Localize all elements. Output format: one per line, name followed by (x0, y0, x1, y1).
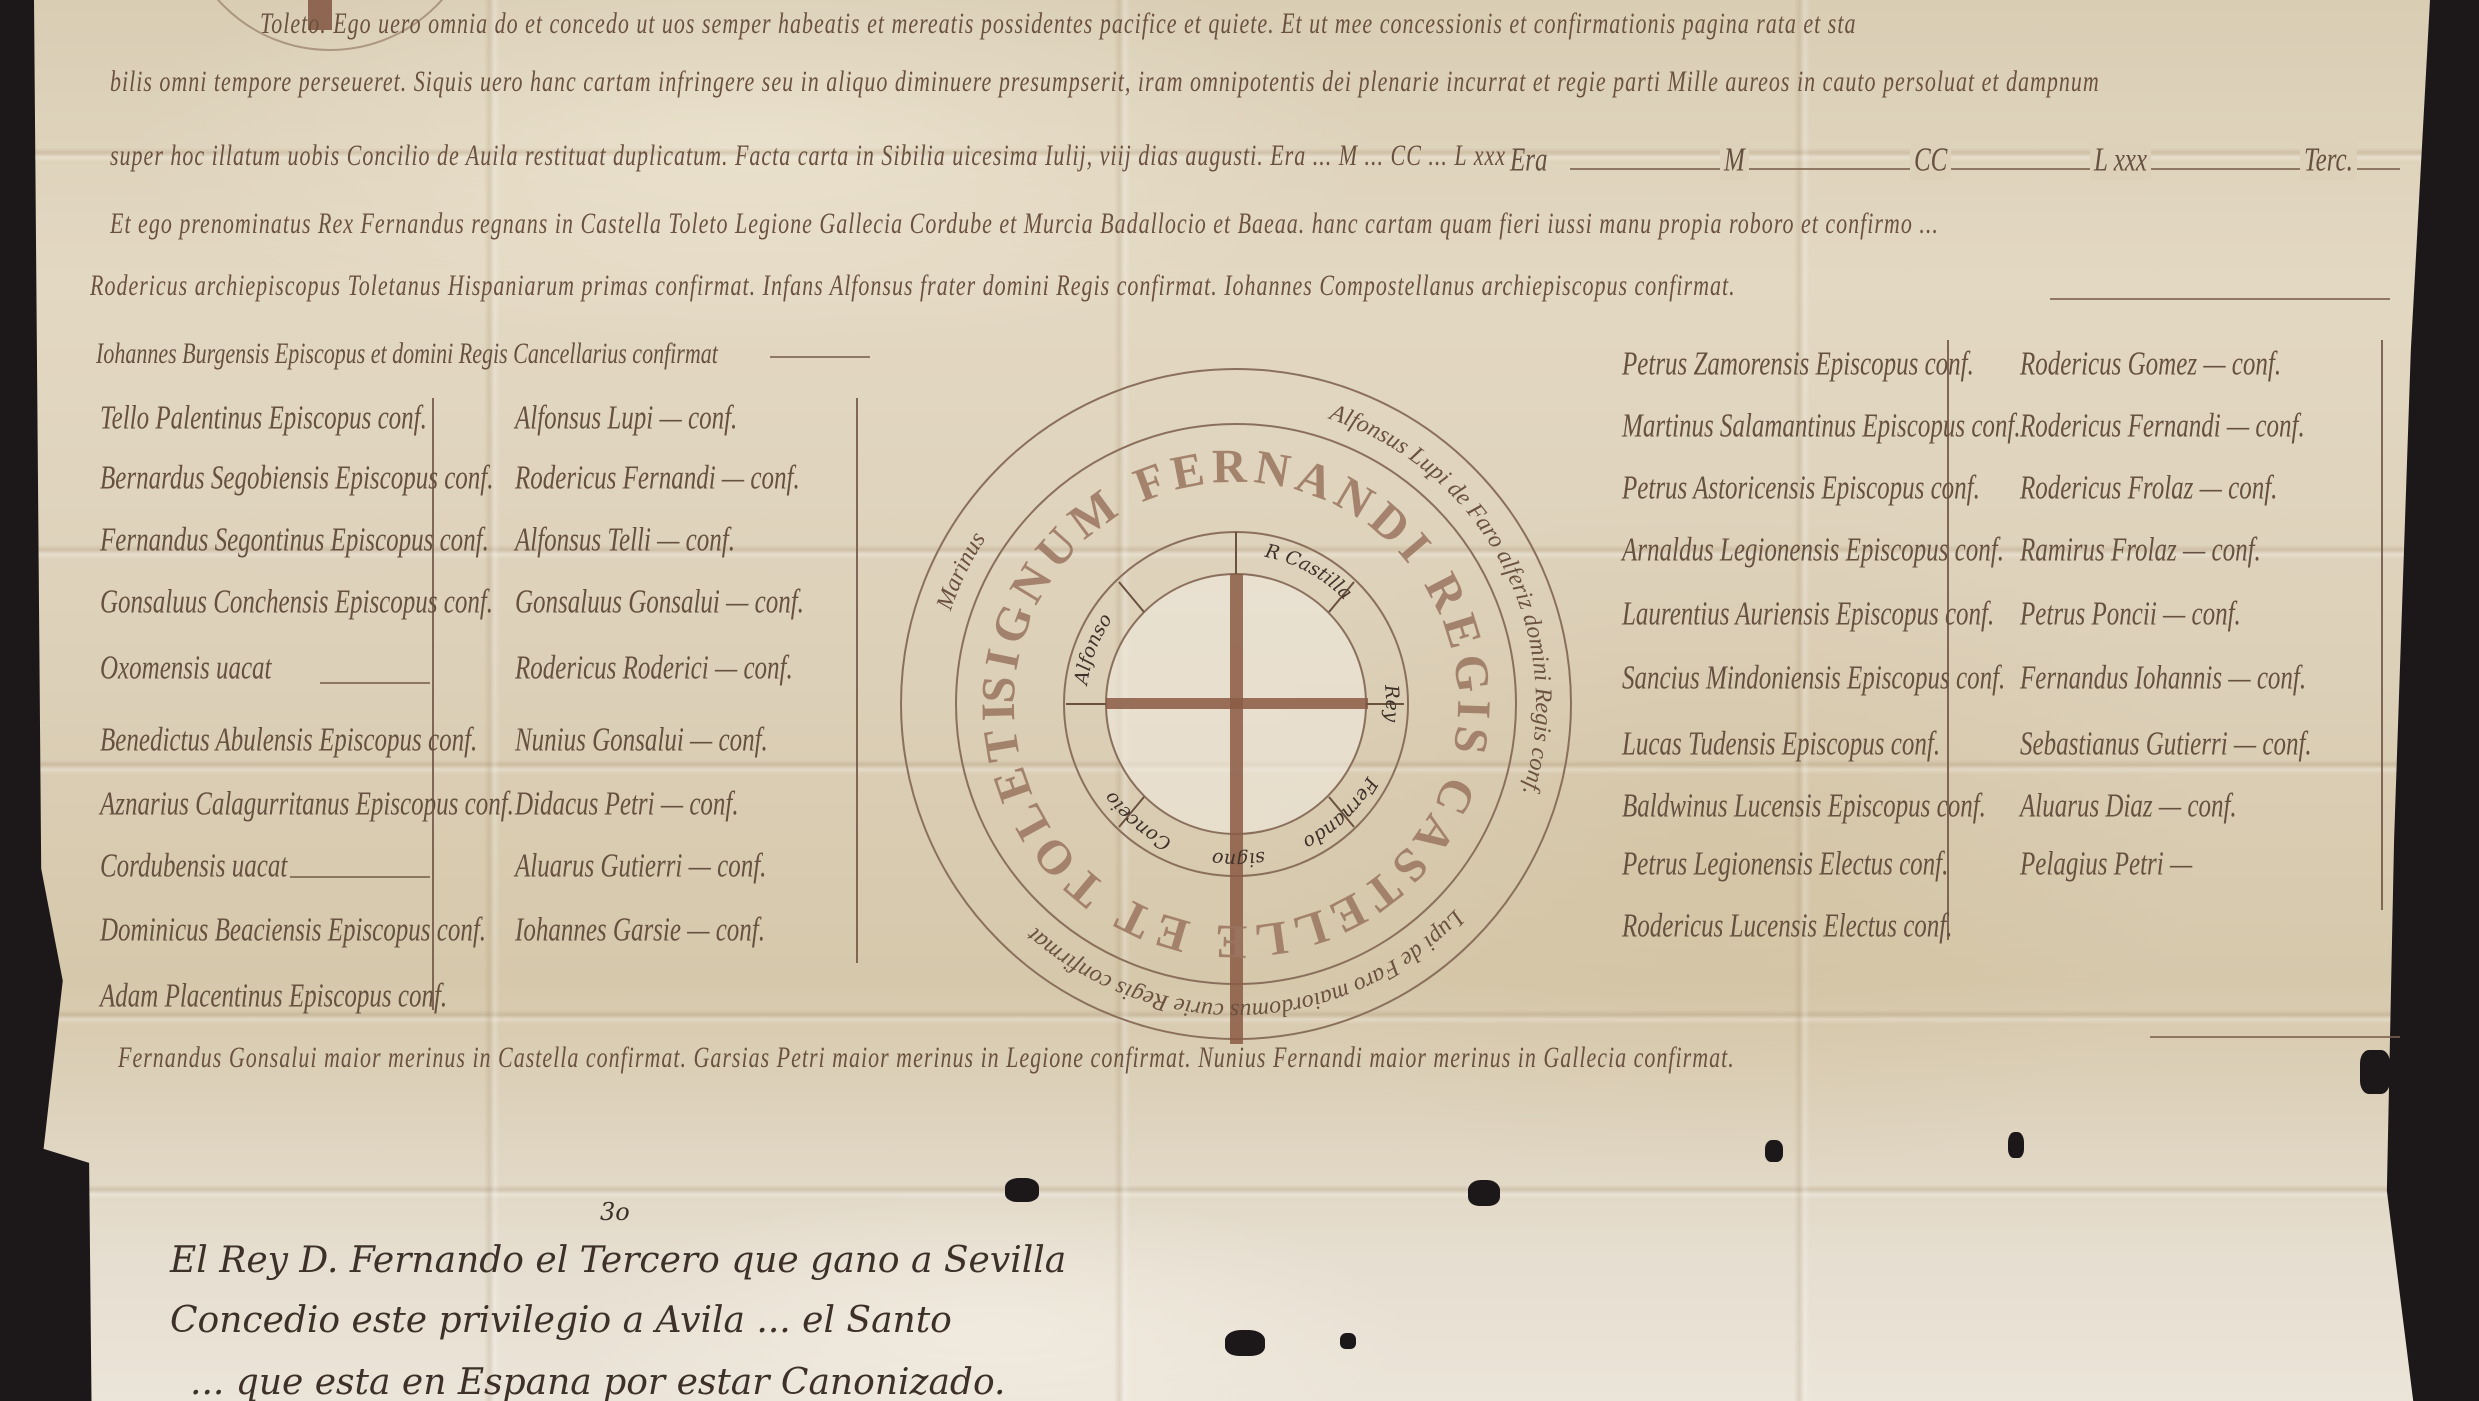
rule (320, 682, 430, 684)
rule (770, 356, 870, 358)
confirmant: Aluarus Diaz — conf. (2020, 788, 2237, 826)
damage-hole (1005, 1178, 1039, 1202)
damage-hole (1340, 1333, 1356, 1349)
damage-hole (1468, 1180, 1500, 1206)
confirmants-header: Iohannes Burgensis Episcopus et domini R… (96, 336, 718, 371)
merinos-line: Fernandus Gonsalui maior merinus in Cast… (118, 1040, 2418, 1075)
damage-hole (1225, 1330, 1265, 1356)
confirmant: Laurentius Auriensis Episcopus conf. (1622, 596, 1994, 634)
confirmant: Pelagius Petri — (2020, 846, 2192, 884)
text-line-2: bilis omni tempore perseueret. Siquis ue… (110, 64, 2100, 99)
confirmant: Sebastianus Gutierri — conf. (2020, 726, 2312, 764)
confirmant: Lucas Tudensis Episcopus conf. (1622, 726, 1940, 764)
annotation-line: El Rey D. Fernando el Tercero que gano a… (170, 1240, 1066, 1281)
era-part: M (1720, 142, 1749, 180)
confirmant: Aluarus Gutierri — conf. (515, 848, 766, 886)
confirmant: Alfonsus Telli — conf. (515, 522, 735, 560)
text-line-3: super hoc illatum uobis Concilio de Auil… (110, 138, 1510, 173)
confirmant: Benedictus Abulensis Episcopus conf. (100, 722, 477, 760)
text-line-5: Rodericus archiepiscopus Toletanus Hispa… (90, 268, 2370, 303)
era-label: Era (1510, 142, 1548, 180)
svg-text:signo: signo (1211, 846, 1267, 871)
era-part: L xxx (2090, 142, 2151, 180)
rule (2150, 1036, 2400, 1038)
era-line: Era M CC L xxx Terc. (1510, 148, 2400, 188)
rule (2050, 298, 2390, 300)
era-part: CC (1910, 142, 1951, 180)
confirmant: Didacus Petri — conf. (515, 786, 739, 824)
confirmant: Iohannes Garsie — conf. (515, 912, 765, 950)
confirmant: Sancius Mindoniensis Episcopus conf. (1622, 660, 2005, 698)
confirmant: Dominicus Beaciensis Episcopus conf. (100, 912, 486, 950)
confirmant: Petrus Legionensis Electus conf. (1622, 846, 1948, 884)
confirmant: Gonsaluus Conchensis Episcopus conf. (100, 584, 493, 622)
confirmant: Rodericus Frolaz — conf. (2020, 470, 2277, 508)
rota-seal: SIGNUM FERNANDI REGIS CASTELLE ET TOLETI… (894, 362, 1578, 1046)
confirmant: Petrus Astoricensis Episcopus conf. (1622, 470, 1980, 508)
confirmant: Oxomensis uacat (100, 650, 272, 688)
text-line-1: Toleto. Ego uero omnia do et concedo ut … (260, 6, 1856, 41)
confirmant: Rodericus Roderici — conf. (515, 650, 793, 688)
confirmant: Rodericus Gomez — conf. (2020, 346, 2281, 384)
text-line-4: Et ego prenominatus Rex Fernandus regnan… (110, 206, 2410, 241)
confirmant: Rodericus Fernandi — conf. (2020, 408, 2305, 446)
confirmant: Fernandus Segontinus Episcopus conf. (100, 522, 489, 560)
confirmant: Rodericus Lucensis Electus conf. (1622, 908, 1953, 946)
confirmant: Cordubensis uacat (100, 848, 287, 886)
rule (290, 876, 430, 878)
confirmant: Petrus Zamorensis Episcopus conf. (1622, 346, 1974, 384)
confirmant: Alfonsus Lupi — conf. (515, 400, 737, 438)
annotation-superscript: 3o (600, 1198, 630, 1226)
confirmant: Martinus Salamantinus Episcopus conf. (1622, 408, 2021, 446)
era-rule (1570, 168, 2400, 170)
column-rule (856, 398, 858, 963)
fold-line (34, 1185, 2430, 1199)
confirmant: Fernandus Iohannis — conf. (2020, 660, 2306, 698)
confirmant: Nunius Gonsalui — conf. (515, 722, 768, 760)
damage-hole (1765, 1140, 1783, 1162)
annotation-line: ... que esta en Espana por estar Canoniz… (190, 1362, 1005, 1401)
confirmant: Petrus Poncii — conf. (2020, 596, 2241, 634)
damage-hole (2360, 1050, 2390, 1094)
confirmant: Bernardus Segobiensis Episcopus conf. (100, 460, 494, 498)
confirmant: Rodericus Fernandi — conf. (515, 460, 800, 498)
confirmant: Adam Placentinus Episcopus conf. (100, 978, 447, 1016)
confirmant: Ramirus Frolaz — conf. (2020, 532, 2261, 570)
era-part: Terc. (2300, 142, 2357, 180)
confirmant: Aznarius Calagurritanus Episcopus conf. (100, 786, 514, 824)
column-rule (2381, 340, 2383, 910)
svg-text:Rey: Rey (1380, 683, 1403, 723)
confirmant: Baldwinus Lucensis Episcopus conf. (1622, 788, 1986, 826)
damage-hole (2008, 1132, 2024, 1158)
annotation-line: Concedio este privilegio a Avila ... el … (170, 1300, 952, 1341)
confirmant: Gonsaluus Gonsalui — conf. (515, 584, 804, 622)
confirmant: Tello Palentinus Episcopus conf. (100, 400, 427, 438)
confirmant: Arnaldus Legionensis Episcopus conf. (1622, 532, 2004, 570)
svg-text:Marinus: Marinus (931, 527, 991, 614)
